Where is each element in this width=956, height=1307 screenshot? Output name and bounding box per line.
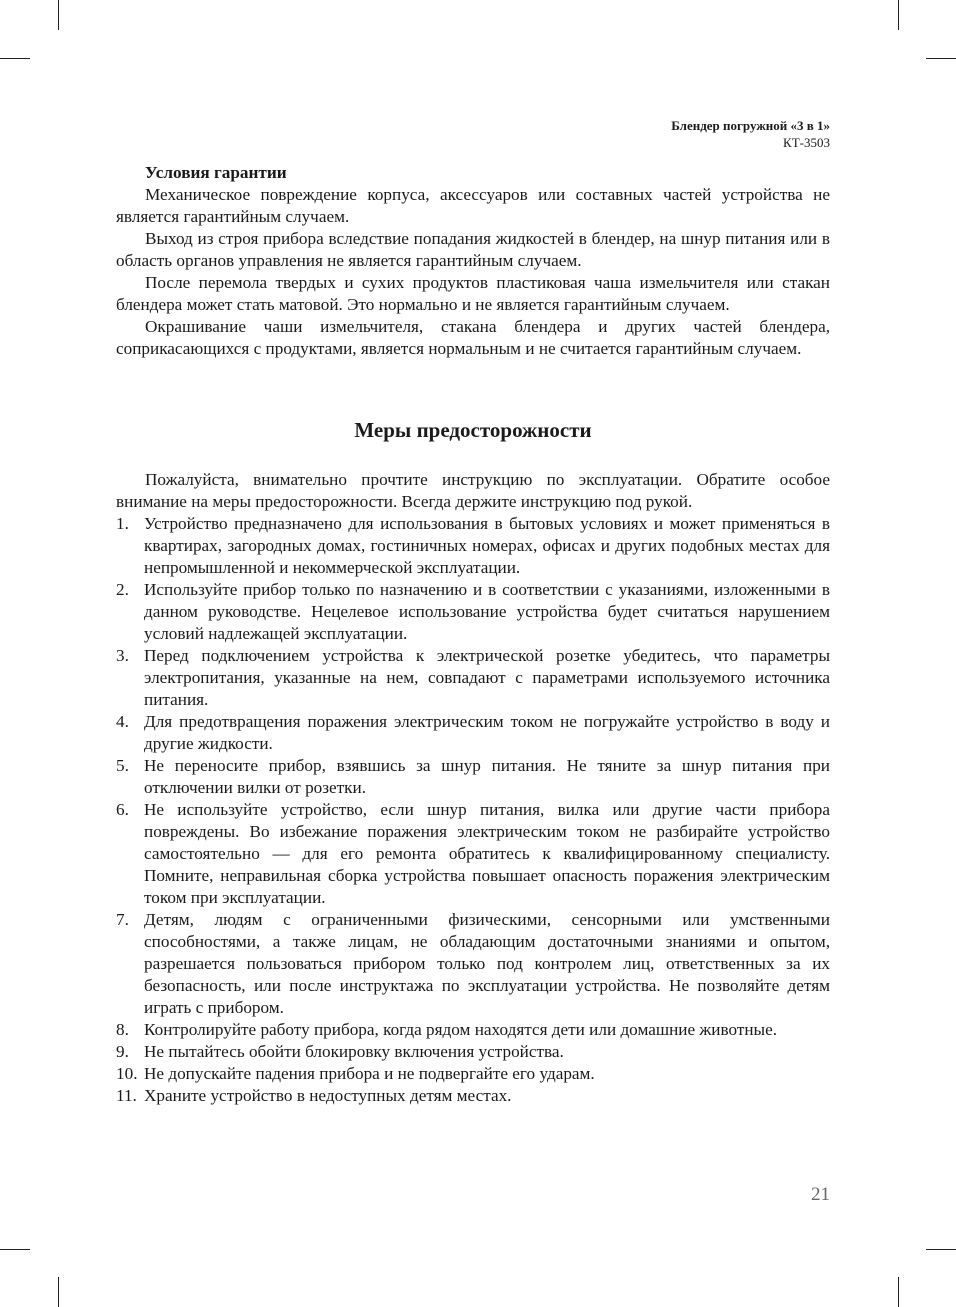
item-text: Используйте прибор только по назначению … (144, 580, 830, 643)
precautions-list: 1.Устройство предназначено для использов… (116, 513, 830, 1107)
list-item: 7.Детям, людям с ограниченными физически… (116, 909, 830, 1019)
item-number: 5. (116, 755, 129, 777)
warranty-paragraph: Механическое повреждение корпуса, аксесс… (116, 184, 830, 228)
warranty-paragraph: Окрашивание чаши измельчителя, стакана б… (116, 316, 830, 360)
warranty-heading: Условия гарантии (116, 162, 830, 184)
item-number: 10. (116, 1063, 137, 1085)
list-item: 11.Храните устройство в недоступных детя… (116, 1085, 830, 1107)
item-number: 6. (116, 799, 129, 821)
item-text: Не пытайтесь обойти блокировку включения… (144, 1042, 564, 1061)
warranty-paragraph: Выход из строя прибора вследствие попада… (116, 228, 830, 272)
running-head: Блендер погружной «3 в 1» КТ-3503 (671, 117, 830, 151)
item-text: Не переносите прибор, взявшись за шнур п… (144, 756, 830, 797)
item-number: 1. (116, 513, 129, 535)
list-item: 3.Перед подключением устройства к электр… (116, 645, 830, 711)
crop-mark-right-bottom (926, 1249, 956, 1250)
item-number: 3. (116, 645, 129, 667)
item-text: Храните устройство в недоступных детям м… (144, 1086, 511, 1105)
warranty-paragraph: После перемола твердых и сухих продуктов… (116, 272, 830, 316)
crop-mark-right-top (926, 58, 956, 59)
running-head-model: КТ-3503 (671, 134, 830, 151)
page-content: Условия гарантии Механическое повреждени… (116, 162, 830, 1107)
item-number: 7. (116, 909, 129, 931)
crop-mark-bottom-right (898, 1277, 899, 1307)
list-item: 6.Не используйте устройство, если шнур п… (116, 799, 830, 909)
running-head-title: Блендер погружной «3 в 1» (671, 117, 830, 134)
section-title: Меры предосторожности (116, 417, 830, 443)
item-text: Для предотвращения поражения электрическ… (144, 712, 830, 753)
crop-mark-left-top (0, 58, 30, 59)
item-number: 2. (116, 579, 129, 601)
list-item: 10.Не допускайте падения прибора и не по… (116, 1063, 830, 1085)
item-number: 8. (116, 1019, 129, 1041)
list-item: 1.Устройство предназначено для использов… (116, 513, 830, 579)
precautions-intro: Пожалуйста, внимательно прочтите инструк… (116, 469, 830, 513)
list-item: 2.Используйте прибор только по назначени… (116, 579, 830, 645)
crop-mark-left-bottom (0, 1249, 30, 1250)
crop-mark-top-left (58, 0, 59, 30)
list-item: 9.Не пытайтесь обойти блокировку включен… (116, 1041, 830, 1063)
item-text: Контролируйте работу прибора, когда рядо… (144, 1020, 777, 1039)
page-number: 21 (811, 1184, 830, 1206)
item-text: Не допускайте падения прибора и не подве… (144, 1064, 595, 1083)
list-item: 8.Контролируйте работу прибора, когда ря… (116, 1019, 830, 1041)
item-number: 11. (116, 1085, 137, 1107)
item-text: Не используйте устройство, если шнур пит… (144, 800, 830, 907)
list-item: 4.Для предотвращения поражения электриче… (116, 711, 830, 755)
item-text: Перед подключением устройства к электрич… (144, 646, 830, 709)
item-text: Устройство предназначено для использован… (144, 514, 830, 577)
crop-mark-bottom-left (58, 1277, 59, 1307)
item-text: Детям, людям с ограниченными физическими… (144, 910, 830, 1017)
crop-mark-top-right (898, 0, 899, 30)
list-item: 5.Не переносите прибор, взявшись за шнур… (116, 755, 830, 799)
item-number: 9. (116, 1041, 129, 1063)
item-number: 4. (116, 711, 129, 733)
